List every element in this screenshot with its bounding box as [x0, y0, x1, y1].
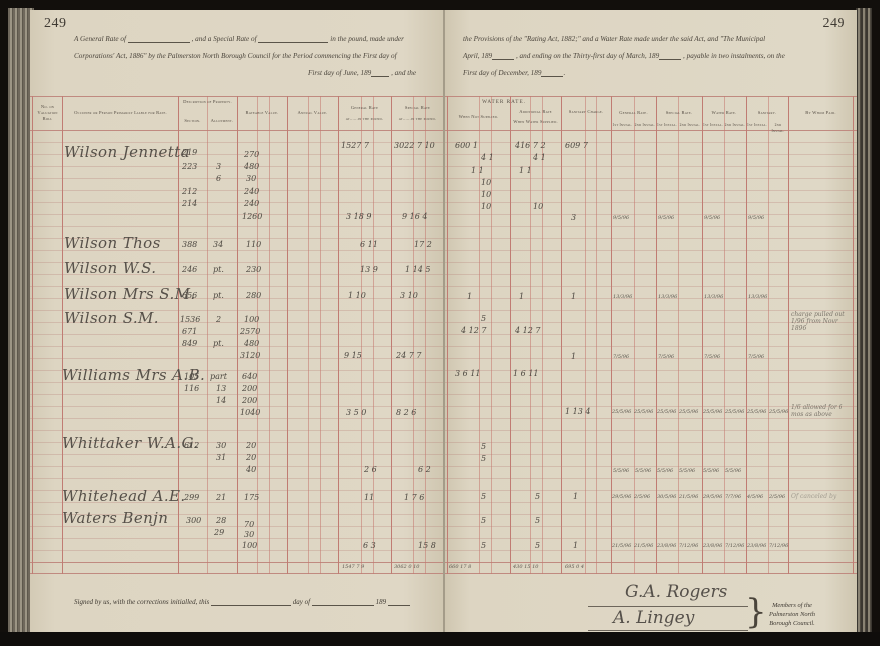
rateable-total: 3120 — [240, 351, 260, 360]
special-rate-amount: 1 7 6 — [404, 493, 424, 502]
header-instalment-2: 2nd Instal. — [724, 122, 746, 128]
paid-date: 7/12/96 — [769, 543, 788, 549]
rateable-value: 30 — [244, 530, 254, 539]
preamble-text: , and a Special Rate of — [192, 35, 257, 43]
allotment-value: 2 — [216, 315, 221, 324]
header-sanitary-charge: Sanitary Charge. — [561, 109, 611, 115]
section-value: 105 — [184, 372, 199, 381]
month-blank — [312, 599, 374, 606]
water-not-supplied-amount: 3 6 11 — [455, 369, 480, 378]
rateable-value: 480 — [244, 162, 259, 171]
occupier-name: Whittaker W.A.G. — [62, 434, 199, 452]
preamble-text: A General Rate of — [74, 35, 126, 43]
paid-date: 5/5/96 — [679, 468, 695, 474]
section-value: 212 — [182, 187, 197, 196]
rateable-total: 1040 — [240, 408, 260, 417]
general-rate-blank — [128, 36, 190, 43]
general-rate-amount: 13 9 — [360, 265, 378, 274]
additional-rate-amount: 1 — [519, 292, 524, 301]
header-special-rate-sub: at......in the pound. — [391, 116, 444, 122]
general-rate-amount: 1 10 — [348, 291, 366, 300]
section-value: 671 — [182, 327, 197, 336]
water-not-supplied-amount: 1 — [467, 292, 472, 301]
members-line: Borough Council. — [757, 619, 827, 628]
signature-line-1 — [588, 606, 748, 607]
preamble-right-line1: the Provisions of the "Rating Act, 1882;… — [463, 35, 765, 43]
occupier-name: Wilson Mrs S.M. — [64, 285, 196, 303]
by-whom-paid-note: 1/6 allowed for 6 mos as above — [791, 404, 853, 418]
header-additional-rate: Additional Rate — [510, 109, 561, 115]
rateable-value: 240 — [244, 199, 259, 208]
water-not-supplied-amount: 5 — [481, 314, 486, 323]
header-sanitary-paid: Sanitary. — [746, 110, 788, 116]
header-rateable-value: Rateable Value. — [237, 110, 287, 116]
occupier-name: Wilson Thos — [64, 234, 161, 252]
additional-rate-amount: 5 — [535, 516, 540, 525]
sanitary-charge: 1 — [571, 292, 576, 301]
paid-date: 29/5/96 — [703, 494, 722, 500]
members-line: Members of the — [757, 601, 827, 610]
header-instalment-1: 1st Instal. — [656, 122, 678, 128]
additional-rate-amount: 5 — [535, 492, 540, 501]
preamble-left-line1: A General Rate of , and a Special Rate o… — [74, 35, 404, 43]
rateable-total: 40 — [246, 465, 256, 474]
general-rate-amount: 6 11 — [360, 240, 378, 249]
paid-date: 5/5/96 — [703, 468, 719, 474]
special-rate-amount: 6 2 — [418, 465, 431, 474]
allotment-value: 3 — [216, 162, 221, 171]
allotment-value: pt. — [213, 339, 224, 348]
page-number-left: 249 — [44, 16, 67, 32]
water-not-supplied-amount: 10 — [481, 202, 491, 211]
water-not-supplied-amount: 10 — [481, 178, 491, 187]
additional-rate-amount: 1 1 — [519, 166, 532, 175]
header-annual-value: Annual Value. — [287, 110, 338, 116]
sanitary-charge: 1 — [573, 541, 578, 550]
paid-date: 13/3/96 — [658, 294, 677, 300]
allotment-value: 14 — [216, 396, 226, 405]
paid-date: 5/5/96 — [635, 468, 651, 474]
additional-rate-amount: 5 — [535, 541, 540, 550]
special-rate-amount: 3 10 — [400, 291, 418, 300]
water-not-supplied-amount: 5 — [481, 454, 486, 463]
section-value: 116 — [184, 384, 199, 393]
paid-date: 25/5/96 — [725, 409, 744, 415]
rateable-value: 110 — [246, 240, 261, 249]
header-special-rate-paid: Special Rate. — [656, 110, 702, 116]
total-special-rate: 3062 0 10 — [394, 564, 419, 570]
day-blank — [211, 599, 291, 606]
ledger-grid-left: No. on Valuation Roll Occupier or Person… — [30, 96, 445, 574]
occupier-name: Whitehead A.E. — [62, 487, 186, 505]
year-text: 189 — [376, 598, 387, 606]
additional-rate-amount: 416 7 2 — [515, 141, 546, 150]
header-water-rate: WATER RATE. — [447, 99, 561, 105]
sanitary-charge: 1 — [571, 352, 576, 361]
occupier-name: Waters Benjn — [62, 509, 168, 527]
allotment-value: 6 — [216, 174, 221, 183]
section-value: 219 — [182, 148, 197, 157]
header-when-water-supplied: When Water Supplied. — [510, 119, 561, 125]
paid-date: 7/12/96 — [725, 543, 744, 549]
year-blank — [371, 70, 389, 77]
paid-date: 5/5/96 — [657, 468, 673, 474]
header-by-whom-paid: By Whom Paid. — [788, 110, 853, 116]
sanitary-charge: 1 13 4 — [565, 407, 590, 416]
preamble-text: , and the — [391, 69, 416, 77]
water-not-supplied-amount: 4 1 — [481, 153, 494, 162]
general-rate-amount: 3 18 9 — [346, 212, 371, 221]
paid-date: 7/5/96 — [704, 354, 720, 360]
allotment-value: 34 — [213, 240, 223, 249]
allotment-value: 30 — [216, 441, 226, 450]
paid-date: 25/5/96 — [634, 409, 653, 415]
total-general-rate: 1547 7 9 — [342, 564, 364, 570]
preamble-text: First day of December, 189 — [463, 69, 541, 77]
sanitary-carried: 609 7 — [565, 141, 588, 150]
year-blank — [659, 53, 681, 60]
paid-date: 13/3/96 — [748, 294, 767, 300]
paid-date: 23/8/96 — [657, 543, 676, 549]
header-allotment: Allotment. — [207, 118, 237, 124]
paid-date: 9/5/96 — [748, 215, 764, 221]
water-not-supplied-amount: 5 — [481, 541, 486, 550]
section-value: 388 — [182, 240, 197, 249]
sanitary-charge: 1 — [573, 492, 578, 501]
rateable-value: 175 — [244, 493, 259, 502]
paid-date: 21/5/96 — [634, 543, 653, 549]
rateable-value: 30 — [246, 174, 256, 183]
by-whom-paid-note: charge pulled out 1/96 from Novr 1896 — [791, 311, 851, 332]
paid-date: 7/7/96 — [725, 494, 741, 500]
paid-date: 25/5/96 — [703, 409, 722, 415]
preamble-text: , and ending on the Thirty-first day of … — [516, 52, 659, 60]
book-bottom-edge — [0, 632, 880, 646]
rateable-value: 20 — [246, 453, 256, 462]
header-general-rate-paid: General Rate. — [611, 110, 656, 116]
paid-date: 4/5/96 — [747, 494, 763, 500]
paid-date: 2/5/96 — [769, 494, 785, 500]
water-not-supplied-amount: 5 — [481, 492, 486, 501]
rateable-value: 70 — [244, 520, 254, 529]
page-number-right: 249 — [823, 16, 846, 32]
general-rate-amount: 11 — [364, 493, 374, 502]
preamble-right-line3: First day of December, 189. — [463, 69, 565, 77]
carried-general-rate: 1527 7 — [341, 141, 369, 150]
paid-date: 13/3/96 — [613, 294, 632, 300]
header-general-rate-sub: at......in the pound. — [338, 116, 391, 122]
paid-date: 9/5/96 — [613, 215, 629, 221]
header-instalment-2: 2nd Instal. — [768, 122, 788, 134]
preamble-left-line3: First day of June, 189 , and the — [308, 69, 416, 77]
paid-date: 23/8/96 — [703, 543, 722, 549]
paid-date: 21/5/96 — [612, 543, 631, 549]
allotment-value: pt. — [213, 291, 224, 300]
section-value: 223 — [182, 162, 197, 171]
additional-rate-amount: 4 1 — [533, 153, 546, 162]
header-instalment-2: 2nd Instal. — [678, 122, 702, 128]
section-value: 300 — [186, 516, 201, 525]
paid-date: 21/5/96 — [679, 494, 698, 500]
preamble-text: April, 189 — [463, 52, 492, 60]
allotment-value: 13 — [216, 384, 226, 393]
allotment-value: 28 — [216, 516, 226, 525]
water-not-supplied-amount: 1 1 — [471, 166, 484, 175]
paid-date: 9/5/96 — [704, 215, 720, 221]
total-sanitary: 695 0 4 — [565, 564, 584, 570]
page-edges-right — [856, 8, 872, 634]
preamble-left-line2: Corporations' Act, 1886" by the Palmerst… — [74, 52, 397, 60]
special-rate-blank — [258, 36, 328, 43]
water-not-supplied-amount: 10 — [481, 190, 491, 199]
section-value: 214 — [182, 199, 197, 208]
paid-date: 13/3/96 — [704, 294, 723, 300]
paid-date: 25/5/96 — [769, 409, 788, 415]
paid-date: 7/12/96 — [679, 543, 698, 549]
allotment-value: 29 — [214, 528, 224, 537]
special-rate-amount: 24 7 7 — [396, 351, 421, 360]
general-rate-amount: 3 5 0 — [346, 408, 366, 417]
year-blank — [492, 53, 514, 60]
general-rate-amount: 6 3 — [363, 541, 376, 550]
rateable-total: 100 — [242, 541, 257, 550]
paid-date: 7/5/96 — [748, 354, 764, 360]
year-blank — [388, 599, 410, 606]
header-valuation-roll: No. on Valuation Roll — [33, 104, 62, 122]
header-instalment-1: 1st Instal. — [611, 122, 634, 128]
header-when-not-supplied: When Not Supplied. — [447, 114, 510, 120]
paid-date: 25/5/96 — [747, 409, 766, 415]
header-occupier: Occupier or Person Primarily Liable for … — [63, 110, 178, 116]
rateable-total: 1260 — [242, 212, 262, 221]
ledger-grid-right: WATER RATE. When Not Supplied. Additiona… — [445, 96, 857, 574]
signature-line-2 — [588, 630, 748, 631]
paid-date: 25/5/96 — [679, 409, 698, 415]
rateable-value: 20 — [246, 441, 256, 450]
section-value: 1536 — [180, 315, 200, 324]
additional-rate-amount: 10 — [533, 202, 543, 211]
special-rate-amount: 1 14 5 — [405, 265, 430, 274]
header-instalment-2: 2nd Instal. — [634, 122, 656, 128]
special-rate-amount: 15 8 — [418, 541, 436, 550]
members-line: Palmerston North — [757, 610, 827, 619]
rateable-value: 230 — [246, 265, 261, 274]
preamble-right-line2: April, 189 , and ending on the Thirty-fi… — [463, 52, 785, 60]
header-instalment-1: 1st Instal. — [702, 122, 724, 128]
rateable-value: 2570 — [240, 327, 260, 336]
section-value: 656 — [182, 291, 197, 300]
occupier-name: Wilson S.M. — [64, 309, 159, 327]
by-whom-paid-note: Of canceled by — [791, 493, 853, 500]
allotment-value: part — [210, 372, 227, 381]
allotment-value: 31 — [216, 453, 226, 462]
header-description: Description of Property. — [178, 99, 237, 105]
paid-date: 5/5/96 — [725, 468, 741, 474]
total-water-not-supplied: 660 17 8 — [449, 564, 471, 570]
paid-date: 23/8/96 — [747, 543, 766, 549]
allotment-value: 21 — [216, 493, 226, 502]
preamble-text: , payable in two instalments, on the — [683, 52, 785, 60]
total-additional-rate: 430 15 10 — [513, 564, 538, 570]
additional-rate-amount: 4 12 7 — [515, 326, 540, 335]
section-value: 246 — [182, 265, 197, 274]
rateable-value: 480 — [244, 339, 259, 348]
section-value: 612 — [184, 441, 199, 450]
header-instalment-1: 1st Instal. — [746, 122, 768, 128]
right-page: 249 the Provisions of the "Rating Act, 1… — [445, 10, 857, 636]
rateable-value: 240 — [244, 187, 259, 196]
water-not-supplied-amount: 4 12 7 — [461, 326, 486, 335]
paid-date: 25/5/96 — [657, 409, 676, 415]
preamble-text: . — [563, 69, 565, 77]
council-members-label: Members of the Palmerston North Borough … — [757, 601, 827, 628]
additional-rate-amount: 1 6 11 — [513, 369, 538, 378]
rateable-value: 640 — [242, 372, 257, 381]
header-section: Section. — [178, 118, 207, 124]
section-value: 849 — [182, 339, 197, 348]
general-rate-amount: 9 15 — [344, 351, 362, 360]
paid-date: 7/5/96 — [658, 354, 674, 360]
left-page: 249 A General Rate of , and a Special Ra… — [30, 10, 445, 636]
special-rate-amount: 9 16 4 — [402, 212, 427, 221]
special-rate-amount: 17 2 — [414, 240, 432, 249]
preamble-text: First day of June, 189 — [308, 69, 371, 77]
preamble-text: in the pound, made under — [330, 35, 404, 43]
water-not-supplied-amount: 5 — [481, 516, 486, 525]
header-general-rate: General Rate — [338, 105, 391, 111]
paid-date: 9/5/96 — [658, 215, 674, 221]
rateable-value: 270 — [244, 150, 259, 159]
occupier-name: Wilson Jennetta — [64, 143, 190, 161]
paid-date: 5/5/96 — [613, 468, 629, 474]
header-special-rate: Special Rate — [391, 105, 444, 111]
occupier-name: Wilson W.S. — [64, 259, 156, 277]
rateable-value: 200 — [242, 384, 257, 393]
year-blank — [541, 70, 563, 77]
ledger-book: 249 A General Rate of , and a Special Ra… — [0, 0, 880, 646]
rateable-value: 280 — [246, 291, 261, 300]
paid-date: 30/5/96 — [657, 494, 676, 500]
paid-date: 7/5/96 — [613, 354, 629, 360]
signed-statement: Signed by us, with the corrections initi… — [74, 598, 410, 606]
signature-2: A. Lingey — [613, 608, 694, 628]
water-not-supplied-amount: 600 1 — [455, 141, 478, 150]
rateable-value: 200 — [242, 396, 257, 405]
sanitary-charge: 3 — [571, 213, 576, 222]
rateable-value: 100 — [244, 315, 259, 324]
special-rate-amount: 8 2 6 — [396, 408, 416, 417]
allotment-value: pt. — [213, 265, 224, 274]
water-not-supplied-amount: 5 — [481, 442, 486, 451]
day-of-text: day of — [293, 598, 310, 606]
paid-date: 2/5/96 — [634, 494, 650, 500]
carried-special-rate: 3022 7 10 — [394, 141, 435, 150]
section-value: 299 — [184, 493, 199, 502]
general-rate-amount: 2 6 — [364, 465, 377, 474]
paid-date: 29/5/96 — [612, 494, 631, 500]
header-water-rate-paid: Water Rate. — [702, 110, 746, 116]
signed-text: Signed by us, with the corrections initi… — [74, 598, 209, 606]
signature-1: G.A. Rogers — [625, 582, 727, 602]
paid-date: 25/5/96 — [612, 409, 631, 415]
